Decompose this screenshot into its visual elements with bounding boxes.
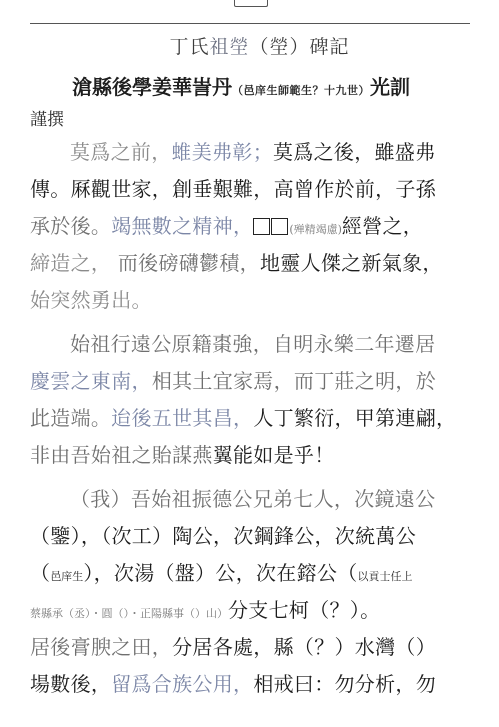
document-title: 丁氏祖塋（塋）碑記 (0, 32, 499, 59)
paragraph-1-line-3: 承於後。竭無數之精神，(殚精竭慮)經營之， (30, 212, 480, 244)
missing-char-box (271, 218, 288, 235)
text: 始突然勇出。 (30, 288, 152, 312)
text: 莫爲之後，雖盛弗 (273, 140, 435, 164)
title-part: 祖塋 (209, 36, 249, 58)
text: 地靈人傑之新氣象， (260, 251, 443, 275)
text: （ (30, 561, 50, 585)
text: 分居各處，縣（？）水灣（） (172, 635, 436, 659)
text: 人丁繁衍，甲第連翩， (253, 406, 456, 430)
paragraph-3-line-6: 場數後，留爲合族公用，相戒曰：勿分析，勿 (30, 670, 480, 698)
text: 經營之， (342, 214, 423, 238)
missing-characters (253, 214, 289, 242)
paragraph-2-line-4: 非由吾始祖之貽謀燕翼能如是乎！ (30, 441, 480, 469)
author-note: （邑庠生師範生？十九世） (232, 84, 370, 97)
text: 始祖行遠公原籍棗強，自明永樂二年遷居 (70, 332, 435, 356)
text: （我）吾始祖振德公兄弟七人，次鏡遠公 (70, 487, 435, 511)
header-rule (30, 23, 470, 24)
text: （鑒），（次工）陶公，次鋼鋒公，次統萬公 (30, 524, 416, 548)
page-number-box (234, 0, 268, 7)
paragraph-1-line-5: 始突然勇出。 (30, 286, 480, 314)
author-name: 滄縣後學姜華訔丹 (72, 75, 232, 99)
paragraph-2-line-2: 慶雲之東南，相其土宜家焉，而丁莊之明，於 (30, 367, 480, 395)
text: 締造之， (30, 251, 111, 275)
paragraph-2-line-3: 此造端。迨後五世其昌，人丁繁衍，甲第連翩， (30, 404, 480, 432)
text: 非由吾始祖之貽謀燕 (30, 443, 213, 467)
author-line: 滄縣後學姜華訔丹（邑庠生師範生？十九世）光訓 (72, 71, 492, 100)
text: 相其土宜家焉，而丁莊之明，於 (152, 369, 436, 393)
missing-char-box (253, 218, 270, 235)
title-part: （塋）碑記 (250, 36, 350, 58)
annotation: (殚精竭慮) (289, 223, 342, 236)
annotation: 蔡縣承（丞）・圓（）・正陽縣事（）山） (30, 607, 228, 620)
paragraph-1-line-2: 傳。厤觀世家，創垂艱難，高曾作於前，子孫 (30, 175, 480, 203)
title-part: 丁氏 (169, 36, 209, 58)
text: 莫爲之前， (70, 140, 172, 164)
text: 而後磅礴鬱積， (118, 251, 260, 275)
text: 承於後。 (30, 214, 111, 238)
paragraph-3-line-2: （鑒），（次工）陶公，次鋼鋒公，次統萬公 (30, 522, 480, 550)
text: 竭無數之精神， (111, 214, 253, 238)
paragraph-3-line-4: 蔡縣承（丞）・圓（）・正陽縣事（）山）分支七柯（？）。 (30, 596, 480, 628)
text: 慶雲之東南， (30, 369, 152, 393)
text: 翼能如是乎！ (213, 443, 335, 467)
paragraph-2-line-1: 始祖行遠公原籍棗強，自明永樂二年遷居 (30, 330, 499, 358)
text: 傳。厤觀世家，創垂艱難，高曾作於前，子孫 (30, 177, 436, 201)
annotation: 邑庠生 (50, 570, 83, 583)
paragraph-3-line-1: （我）吾始祖振德公兄弟七人，次鏡遠公 (30, 485, 499, 513)
text: 蜼美弗彰； (172, 140, 274, 164)
text: 場數後， (30, 672, 111, 696)
paragraph-1-line-1: 莫爲之前，蜼美弗彰；莫爲之後，雖盛弗 (30, 138, 499, 166)
paragraph-3-line-5: 居後膏腴之田，分居各處，縣（？）水灣（） (30, 633, 480, 661)
author-respectfully-written: 謹撰 (30, 105, 64, 130)
paragraph-1-line-4: 締造之， 而後磅礴鬱積，地靈人傑之新氣象， (30, 249, 480, 277)
annotation: 以貢士任上 (358, 570, 413, 583)
text: 分支七柯（？）。 (228, 598, 380, 622)
text: 留爲合族公用， (111, 672, 253, 696)
text: ），次湯（盤）公，次在鎔公（ (83, 561, 357, 585)
text: 相戒曰：勿分析，勿 (253, 672, 436, 696)
paragraph-3-line-3: （邑庠生），次湯（盤）公，次在鎔公（以貢士任上 (30, 559, 480, 591)
author-given-name: 光訓 (370, 75, 410, 99)
text: 居後膏腴之田， (30, 635, 172, 659)
text: 此造端。 (30, 406, 111, 430)
text: 迨後五世其昌， (111, 406, 253, 430)
